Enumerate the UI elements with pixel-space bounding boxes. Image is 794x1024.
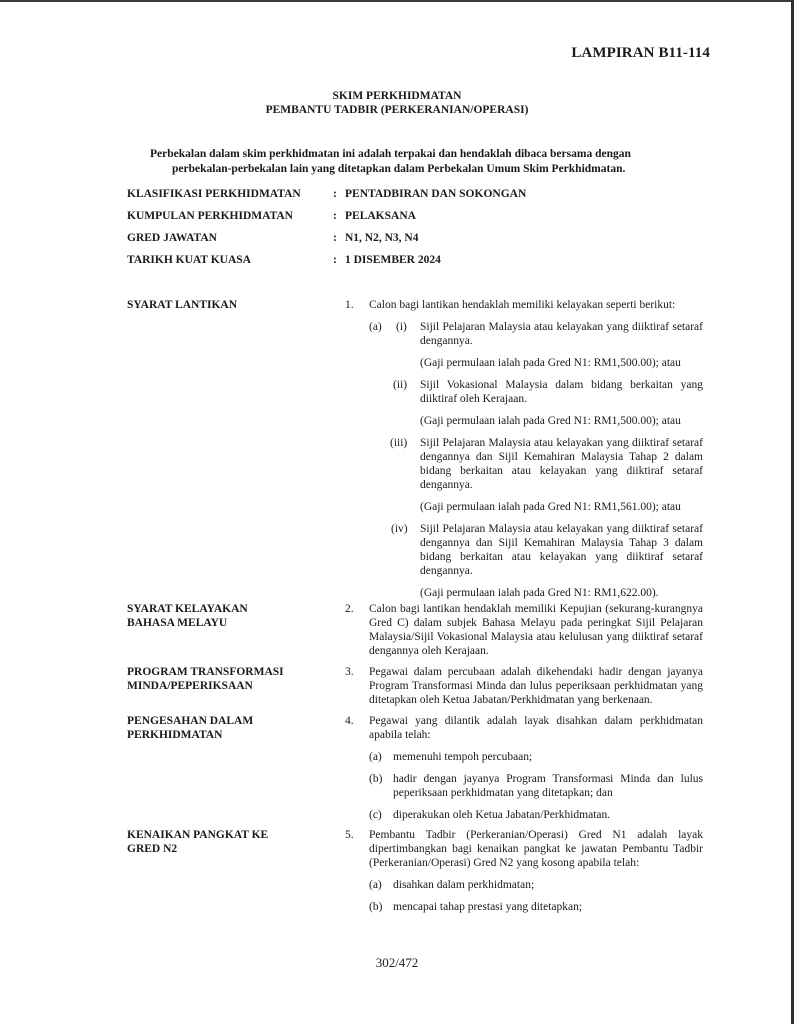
section-text: Pegawai yang dilantik adalah layak disah… xyxy=(369,714,703,742)
item-text: Sijil Pelajaran Malaysia atau kelayakan … xyxy=(420,436,703,492)
section-number: 3. xyxy=(345,665,354,679)
qualification-item: (a) (i) Sijil Pelajaran Malaysia atau ke… xyxy=(369,320,703,370)
item-text: diperakukan oleh Ketua Jabatan/Perkhidma… xyxy=(393,808,703,822)
section-body: Calon bagi lantikan hendaklah memiliki K… xyxy=(369,602,703,658)
item-marker: (b) xyxy=(369,772,382,786)
item-text: Sijil Pelajaran Malaysia atau kelayakan … xyxy=(420,522,703,578)
section-heading: PENGESAHAN DALAM PERKHIDMATAN xyxy=(127,714,327,742)
condition-item: (c) diperakukan oleh Ketua Jabatan/Perkh… xyxy=(369,808,703,822)
section-body: Pegawai yang dilantik adalah layak disah… xyxy=(369,714,703,822)
meta-value: N1, N2, N3, N4 xyxy=(345,232,418,244)
intro-paragraph: Perbekalan dalam skim perkhidmatan ini a… xyxy=(150,147,680,176)
page-number: 302/472 xyxy=(0,955,794,971)
salary-note: (Gaji permulaan ialah pada Gred N1: RM1,… xyxy=(420,500,703,514)
section-number: 2. xyxy=(345,602,354,616)
section-heading: KENAIKAN PANGKAT KE GRED N2 xyxy=(127,828,327,856)
section-body: Pegawai dalam percubaan adalah dikehenda… xyxy=(369,665,703,707)
meta-label: TARIKH KUAT KUASA xyxy=(127,254,333,266)
meta-value: 1 DISEMBER 2024 xyxy=(345,254,441,266)
qualification-item: (iv) Sijil Pelajaran Malaysia atau kelay… xyxy=(369,522,703,600)
section-heading: PROGRAM TRANSFORMASI MINDA/PEPERIKSAAN xyxy=(127,665,327,693)
item-text: disahkan dalam perkhidmatan; xyxy=(393,878,703,892)
intro-line-1: Perbekalan dalam skim perkhidmatan ini a… xyxy=(150,147,680,162)
salary-note: (Gaji permulaan ialah pada Gred N1: RM1,… xyxy=(420,414,703,428)
meta-colon: : xyxy=(333,254,345,266)
meta-label: KLASIFIKASI PERKHIDMATAN xyxy=(127,188,333,200)
item-marker-a: (a) xyxy=(369,320,382,334)
meta-value: PENTADBIRAN DAN SOKONGAN xyxy=(345,188,526,200)
qualification-item: (ii) Sijil Vokasional Malaysia dalam bid… xyxy=(369,378,703,428)
section-text: Pembantu Tadbir (Perkeranian/Operasi) Gr… xyxy=(369,828,703,870)
title-line-2: PEMBANTU TADBIR (PERKERANIAN/OPERASI) xyxy=(0,103,794,117)
item-marker: (a) xyxy=(369,750,382,764)
title-line-1: SKIM PERKHIDMATAN xyxy=(0,89,794,103)
item-marker: (iii) xyxy=(390,436,407,450)
condition-item: (b) hadir dengan jayanya Program Transfo… xyxy=(369,772,703,800)
item-marker: (i) xyxy=(396,320,407,334)
condition-item: (a) disahkan dalam perkhidmatan; xyxy=(369,878,703,892)
page-border-top xyxy=(0,0,794,2)
meta-value: PELAKSANA xyxy=(345,210,416,222)
heading-line-2: PERKHIDMATAN xyxy=(127,728,327,742)
document-title: SKIM PERKHIDMATAN PEMBANTU TADBIR (PERKE… xyxy=(0,89,794,117)
meta-row-tarikh: TARIKH KUAT KUASA : 1 DISEMBER 2024 xyxy=(127,254,526,276)
item-text: mencapai tahap prestasi yang ditetapkan; xyxy=(393,900,703,914)
meta-colon: : xyxy=(333,232,345,244)
section-body: Calon bagi lantikan hendaklah memiliki k… xyxy=(369,298,703,600)
section-body: Pembantu Tadbir (Perkeranian/Operasi) Gr… xyxy=(369,828,703,914)
meta-colon: : xyxy=(333,188,345,200)
section-number: 4. xyxy=(345,714,354,728)
section-number: 5. xyxy=(345,828,354,842)
item-marker: (iv) xyxy=(391,522,408,536)
condition-item: (b) mencapai tahap prestasi yang ditetap… xyxy=(369,900,703,914)
item-text: memenuhi tempoh percubaan; xyxy=(393,750,703,764)
section-number: 1. xyxy=(345,298,354,312)
heading-line-1: SYARAT KELAYAKAN xyxy=(127,602,327,616)
section-heading: SYARAT KELAYAKAN BAHASA MELAYU xyxy=(127,602,327,630)
heading-line-1: KENAIKAN PANGKAT KE xyxy=(127,828,327,842)
metadata-table: KLASIFIKASI PERKHIDMATAN : PENTADBIRAN D… xyxy=(127,188,526,276)
item-text: Sijil Pelajaran Malaysia atau kelayakan … xyxy=(420,320,703,348)
meta-label: KUMPULAN PERKHIDMATAN xyxy=(127,210,333,222)
meta-row-kumpulan: KUMPULAN PERKHIDMATAN : PELAKSANA xyxy=(127,210,526,232)
heading-line-1: PROGRAM TRANSFORMASI xyxy=(127,665,327,679)
qualification-item: (iii) Sijil Pelajaran Malaysia atau kela… xyxy=(369,436,703,514)
item-text: Sijil Vokasional Malaysia dalam bidang b… xyxy=(420,378,703,406)
heading-line-1: PENGESAHAN DALAM xyxy=(127,714,327,728)
salary-note: (Gaji permulaan ialah pada Gred N1: RM1,… xyxy=(420,586,703,600)
item-marker: (a) xyxy=(369,878,382,892)
heading-line-2: BAHASA MELAYU xyxy=(127,616,327,630)
section-heading: SYARAT LANTIKAN xyxy=(127,298,327,312)
meta-row-gred: GRED JAWATAN : N1, N2, N3, N4 xyxy=(127,232,526,254)
section-text: Pegawai dalam percubaan adalah dikehenda… xyxy=(369,665,703,707)
intro-line-2: perbekalan-perbekalan lain yang ditetapk… xyxy=(150,162,680,177)
salary-note: (Gaji permulaan ialah pada Gred N1: RM1,… xyxy=(420,356,703,370)
heading-line-2: GRED N2 xyxy=(127,842,327,856)
section-text: Calon bagi lantikan hendaklah memiliki k… xyxy=(369,298,703,312)
meta-colon: : xyxy=(333,210,345,222)
section-text: Calon bagi lantikan hendaklah memiliki K… xyxy=(369,602,703,658)
item-marker: (c) xyxy=(369,808,382,822)
condition-item: (a) memenuhi tempoh percubaan; xyxy=(369,750,703,764)
lampiran-label: LAMPIRAN B11-114 xyxy=(571,45,710,62)
heading-line-2: MINDA/PEPERIKSAAN xyxy=(127,679,327,693)
meta-row-klasifikasi: KLASIFIKASI PERKHIDMATAN : PENTADBIRAN D… xyxy=(127,188,526,210)
meta-label: GRED JAWATAN xyxy=(127,232,333,244)
item-text: hadir dengan jayanya Program Transformas… xyxy=(393,772,703,800)
item-marker: (b) xyxy=(369,900,382,914)
item-marker: (ii) xyxy=(393,378,407,392)
